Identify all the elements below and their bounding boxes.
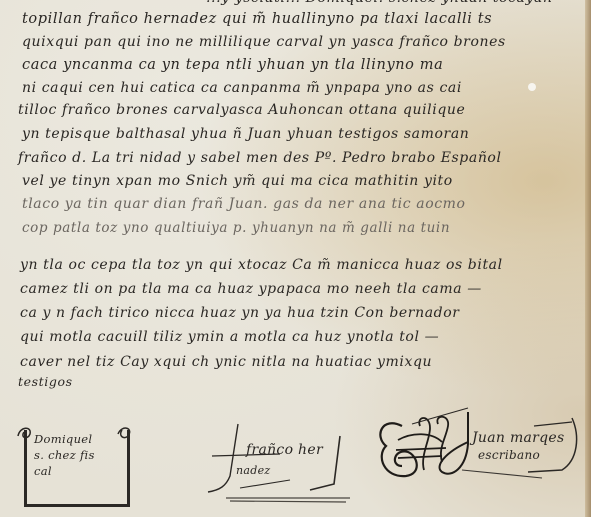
signature-line: Domiquel [34, 432, 92, 446]
signature-line: Juan marqes [472, 430, 565, 446]
manuscript-line: vel ye tinyn xpan mo Snich ym̃ qui ma ci… [22, 173, 453, 189]
manuscript-line: camez tli on pa tla ma ca huaz ypapaca m… [20, 281, 482, 297]
manuscript-line: tilloc frañco brones carvalyasca Auhonc… [18, 102, 465, 118]
signature-rubric-icon [372, 396, 582, 496]
signature-line: frañco her [246, 442, 323, 458]
manuscript-line: ...y ysciuti... Domiquel. s.chez yhuan t… [206, 0, 553, 6]
signature-line: cal [34, 464, 52, 478]
signature-domiquel: Domiquel s. chez fis cal [14, 422, 130, 508]
page-edge-stain [585, 0, 591, 517]
manuscript-line: caca yncanma ca yn tepa ntli yhuan yn tl… [22, 57, 443, 73]
signature-juan-marquez: Juan marqes escribano [372, 396, 582, 496]
manuscript-line: cop patla toz yno qualtiuiya p. yhuanyn … [22, 220, 450, 236]
manuscript-line: qui motla cacuill tiliz ymin a motla ca … [20, 329, 439, 345]
manuscript-line: ca y n fach tirico nicca huaz yn ya hua … [20, 305, 460, 321]
manuscript-line: ni caqui cen hui catica ca canpanma m̃ y… [22, 80, 462, 96]
signature-francisco-hernandez: frañco her nadez [200, 406, 350, 501]
manuscript-line: tlaco ya tin quar dian frañ Juan. gas d… [22, 196, 466, 212]
manuscript-line: caver nel tiz Cay xqui ch ynic nitla na … [20, 354, 432, 370]
signature-line: s. chez fis [34, 448, 95, 462]
paper-hole [528, 83, 536, 91]
signature-line: escribano [478, 448, 540, 462]
manuscript-line: quixqui pan qui ino ne millilique carval… [22, 34, 506, 50]
manuscript-page: ...y ysciuti... Domiquel. s.chez yhuan t… [0, 0, 591, 517]
manuscript-line: yn tla oc cepa tla toz yn qui xtocaz Ca … [20, 257, 503, 273]
manuscript-line: frañco d. La tri nidad y sabel men des … [18, 150, 502, 166]
signature-line: nadez [236, 464, 271, 477]
manuscript-line: topillan frañco hernadez qui m̃ huallin… [22, 11, 492, 27]
manuscript-line: testigos [18, 374, 73, 389]
manuscript-line: yn tepisque balthasal yhua ñ Juan yhuan… [22, 126, 469, 142]
